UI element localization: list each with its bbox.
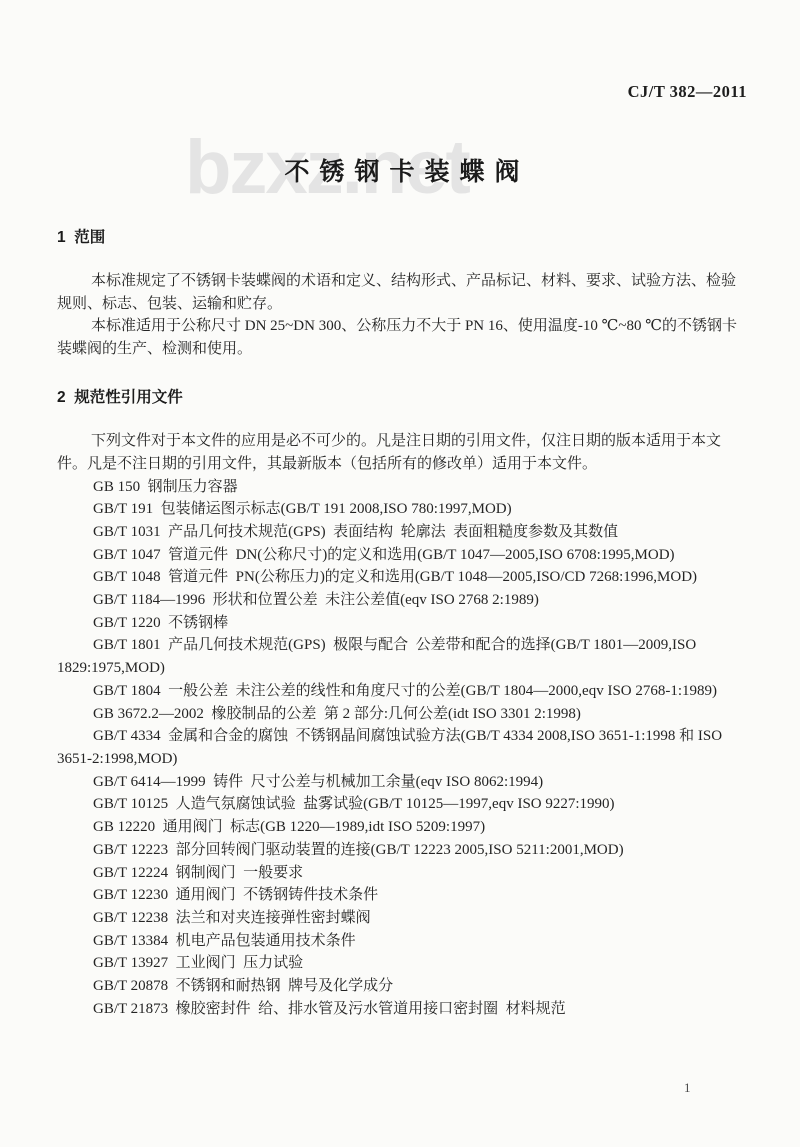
reference-list: GB 150 钢制压力容器 GB/T 191 包装储运图示标志(GB/T 191… — [57, 476, 747, 1021]
reference-item: GB/T 12230 通用阀门 不锈钢铸件技术条件 — [57, 884, 747, 907]
reference-item: GB/T 21873 橡胶密封件 给、排水管及污水管道用接口密封圈 材料规范 — [57, 998, 747, 1021]
document-page: CJ/T 382—2011 bzxz.net 不锈钢卡装蝶阀 1 范围 本标准规… — [0, 0, 800, 1147]
section-heading-scope: 1 范围 — [57, 228, 747, 248]
reference-item: GB/T 1184—1996 形状和位置公差 未注公差值(eqv ISO 276… — [57, 589, 747, 612]
reference-item: GB/T 1804 一般公差 未注公差的线性和角度尺寸的公差(GB/T 1804… — [57, 680, 747, 703]
title-block: bzxz.net 不锈钢卡装蝶阀 — [57, 144, 747, 216]
page-number: 1 — [684, 1080, 691, 1096]
reference-item: GB/T 191 包装储运图示标志(GB/T 191 2008,ISO 780:… — [57, 498, 747, 521]
reference-item: GB/T 10125 人造气氛腐蚀试验 盐雾试验(GB/T 10125—1997… — [57, 793, 747, 816]
reference-item: GB/T 1047 管道元件 DN(公称尺寸)的定义和选用(GB/T 1047—… — [57, 544, 747, 567]
reference-item: GB 150 钢制压力容器 — [57, 476, 747, 499]
scope-paragraph: 本标准适用于公称尺寸 DN 25~DN 300、公称压力不大于 PN 16、使用… — [57, 315, 747, 360]
reference-item: GB/T 6414—1999 铸件 尺寸公差与机械加工余量(eqv ISO 80… — [57, 771, 747, 794]
reference-item: GB/T 20878 不锈钢和耐热钢 牌号及化学成分 — [57, 975, 747, 998]
references-intro: 下列文件对于本文件的应用是必不可少的。凡是注日期的引用文件，仅注日期的版本适用于… — [57, 430, 747, 475]
reference-item: GB/T 1031 产品几何技术规范(GPS) 表面结构 轮廓法 表面粗糙度参数… — [57, 521, 747, 544]
page-content: CJ/T 382—2011 bzxz.net 不锈钢卡装蝶阀 1 范围 本标准规… — [57, 0, 747, 1020]
reference-item: GB/T 4334 金属和合金的腐蚀 不锈钢晶间腐蚀试验方法(GB/T 4334… — [57, 725, 747, 770]
section-heading-references: 2 规范性引用文件 — [57, 388, 747, 408]
scope-paragraph: 本标准规定了不锈钢卡装蝶阀的术语和定义、结构形式、产品标记、材料、要求、试验方法… — [57, 270, 747, 315]
reference-item: GB/T 12238 法兰和对夹连接弹性密封蝶阀 — [57, 907, 747, 930]
document-title: 不锈钢卡装蝶阀 — [57, 144, 747, 188]
reference-item: GB/T 1220 不锈钢棒 — [57, 612, 747, 635]
reference-item: GB/T 1801 产品几何技术规范(GPS) 极限与配合 公差带和配合的选择(… — [57, 634, 747, 679]
reference-item: GB/T 12223 部分回转阀门驱动装置的连接(GB/T 12223 2005… — [57, 839, 747, 862]
reference-item: GB 12220 通用阀门 标志(GB 1220—1989,idt ISO 52… — [57, 816, 747, 839]
reference-item: GB/T 1048 管道元件 PN(公称压力)的定义和选用(GB/T 1048—… — [57, 566, 747, 589]
standard-code: CJ/T 382—2011 — [57, 82, 747, 102]
reference-item: GB/T 12224 钢制阀门 一般要求 — [57, 862, 747, 885]
reference-item: GB 3672.2—2002 橡胶制品的公差 第 2 部分:几何公差(idt I… — [57, 703, 747, 726]
reference-item: GB/T 13927 工业阀门 压力试验 — [57, 952, 747, 975]
reference-item: GB/T 13384 机电产品包装通用技术条件 — [57, 930, 747, 953]
